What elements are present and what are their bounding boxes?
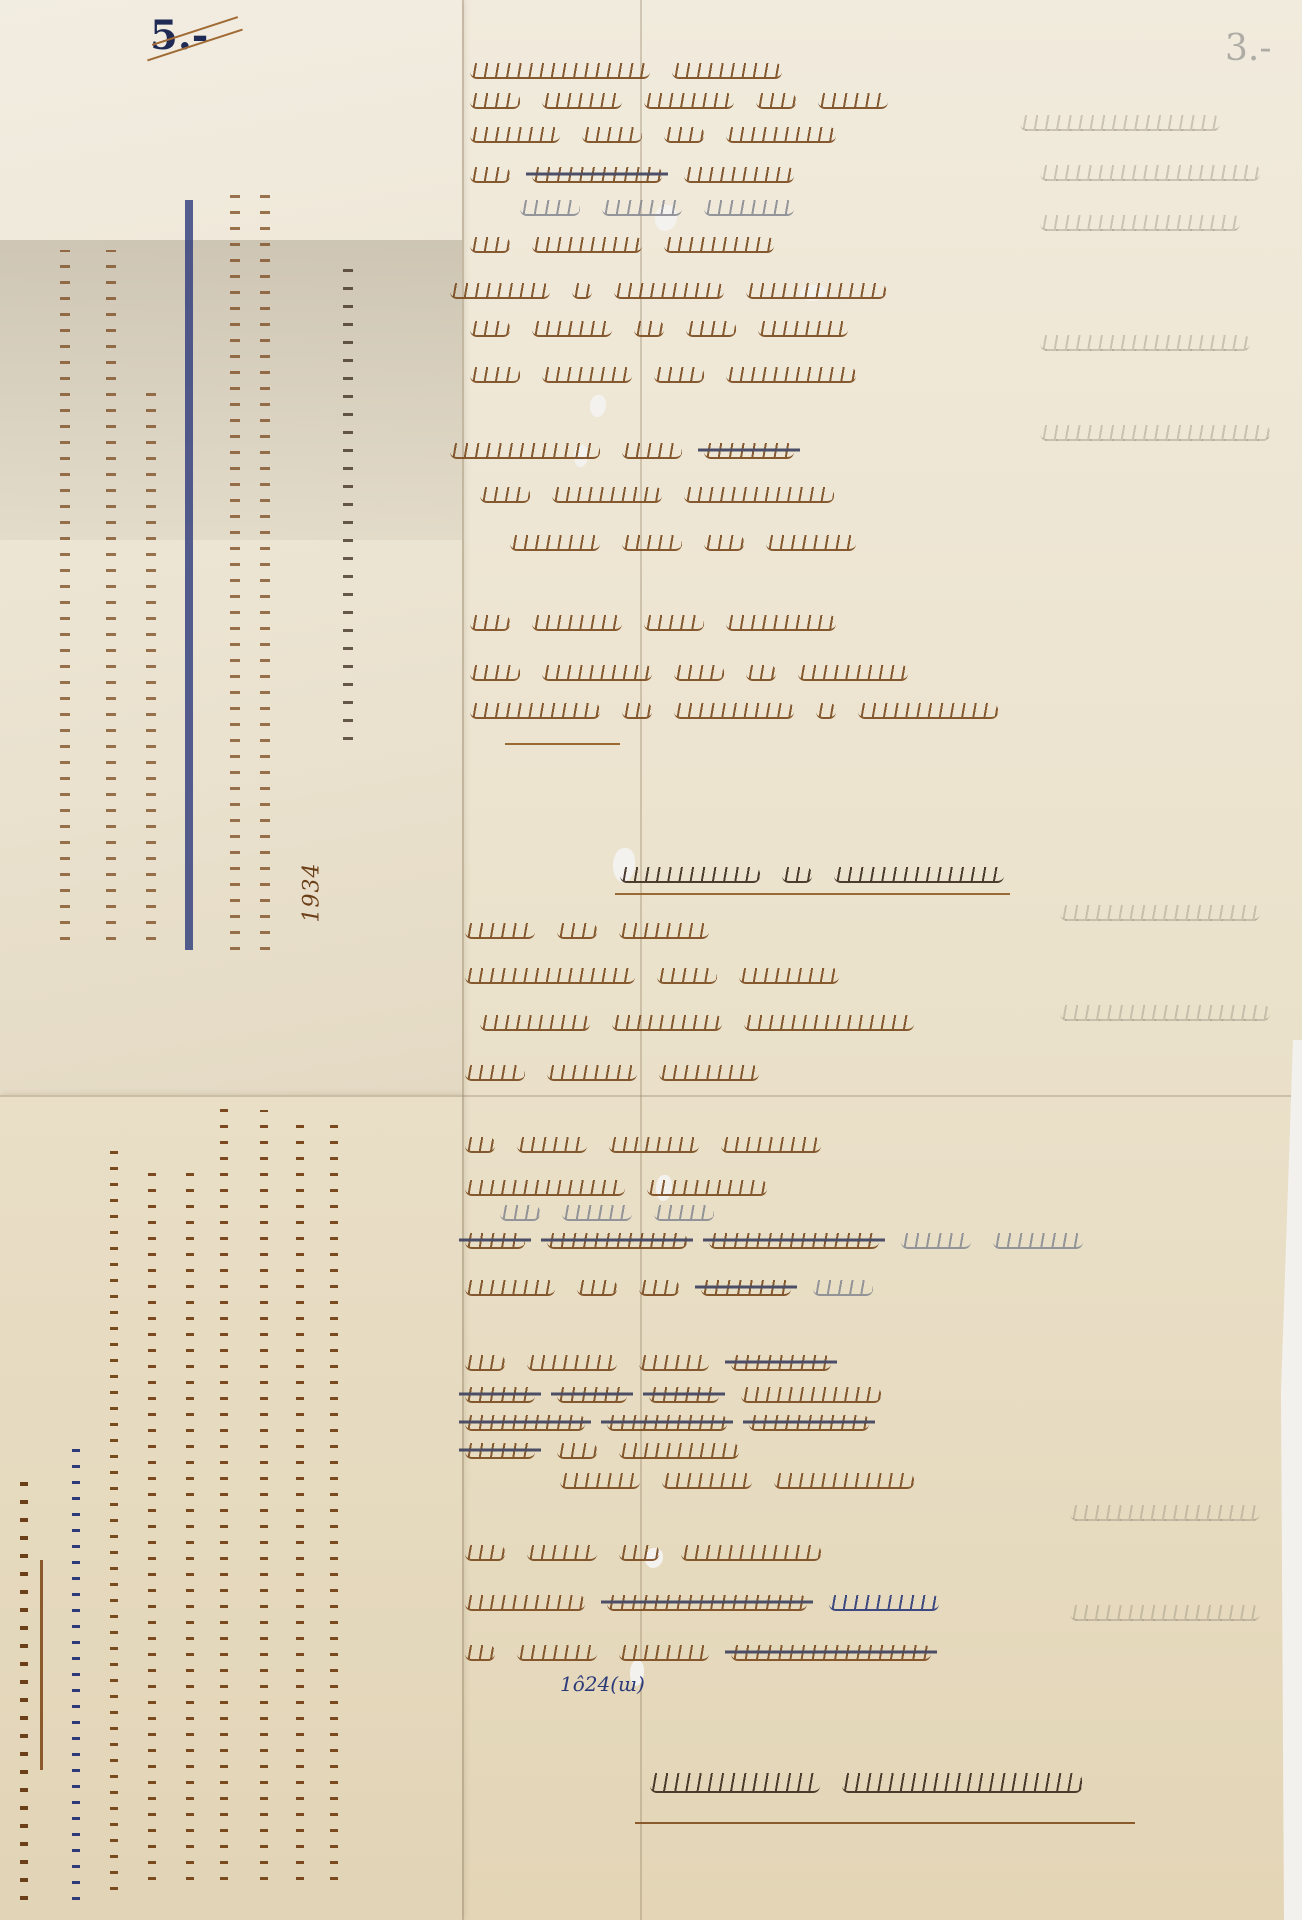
- poem-line: [465, 963, 839, 989]
- poem-line: [470, 698, 998, 724]
- poem-title-underline: [615, 893, 1010, 895]
- archive-number: 1ô24(ա): [560, 1672, 645, 1696]
- poem-line: [510, 530, 856, 556]
- poem-line: [470, 232, 774, 258]
- poem-line: [220, 1100, 228, 1880]
- poem-line: [470, 122, 836, 148]
- poem-line: [470, 88, 888, 114]
- poem-line: [72, 1440, 80, 1900]
- poem-line: [465, 1275, 873, 1301]
- poem-line: [465, 1438, 739, 1464]
- poem-line: [450, 438, 794, 464]
- signature-underline: [635, 1822, 1135, 1824]
- section-divider: [505, 743, 620, 745]
- poem-line: [330, 1120, 338, 1880]
- poem-line: [465, 1060, 759, 1086]
- poem-line: [470, 58, 782, 84]
- fold-line: [462, 1095, 1302, 1097]
- poem-line: [465, 1640, 931, 1666]
- poem-line: [186, 1170, 194, 1880]
- poem-line: [98, 250, 124, 940]
- poem-line: [465, 1350, 831, 1376]
- poem-line: [222, 190, 248, 950]
- poem-line: [560, 1468, 914, 1494]
- date-mark: 1934: [300, 863, 325, 923]
- poem-line: [465, 1382, 881, 1408]
- pencil-edit: [520, 195, 794, 221]
- poem-line: [465, 1132, 821, 1158]
- poem-line: [148, 1160, 156, 1880]
- poem-title: [620, 862, 1004, 888]
- poem-heading: [20, 1480, 28, 1900]
- manuscript-sheet: 5.- 3.- 1934: [0, 0, 1302, 1920]
- fold-line: [0, 1095, 462, 1097]
- ghost-page-number: 3.-: [1225, 28, 1272, 69]
- poem-line: [252, 190, 278, 950]
- poem-line: [480, 482, 834, 508]
- poem-line: [260, 1110, 268, 1880]
- poem-line: [465, 918, 709, 944]
- poem-line: [465, 1590, 939, 1616]
- strike-line: [185, 200, 193, 950]
- poem-line: [110, 1150, 118, 1890]
- left-panel-bottom: [0, 1095, 462, 1920]
- poem-line: [52, 250, 78, 950]
- poem-line: [470, 610, 836, 636]
- pencil-edit: [500, 1200, 714, 1226]
- poem-line: [335, 260, 361, 740]
- poem-line: [138, 380, 164, 940]
- poem-line: [465, 1175, 767, 1201]
- poem-line: [465, 1228, 1083, 1254]
- poem-line: [470, 362, 856, 388]
- poem-line: [470, 316, 848, 342]
- poem-line: [470, 660, 908, 686]
- heading-underline: [40, 1560, 43, 1770]
- poem-line: [465, 1410, 869, 1436]
- poem-line: [296, 1120, 304, 1880]
- poem-line: [470, 162, 794, 188]
- poem-line: [480, 1010, 914, 1036]
- signature: [650, 1770, 1082, 1796]
- poem-line: [465, 1540, 821, 1566]
- poem-line: [450, 278, 886, 304]
